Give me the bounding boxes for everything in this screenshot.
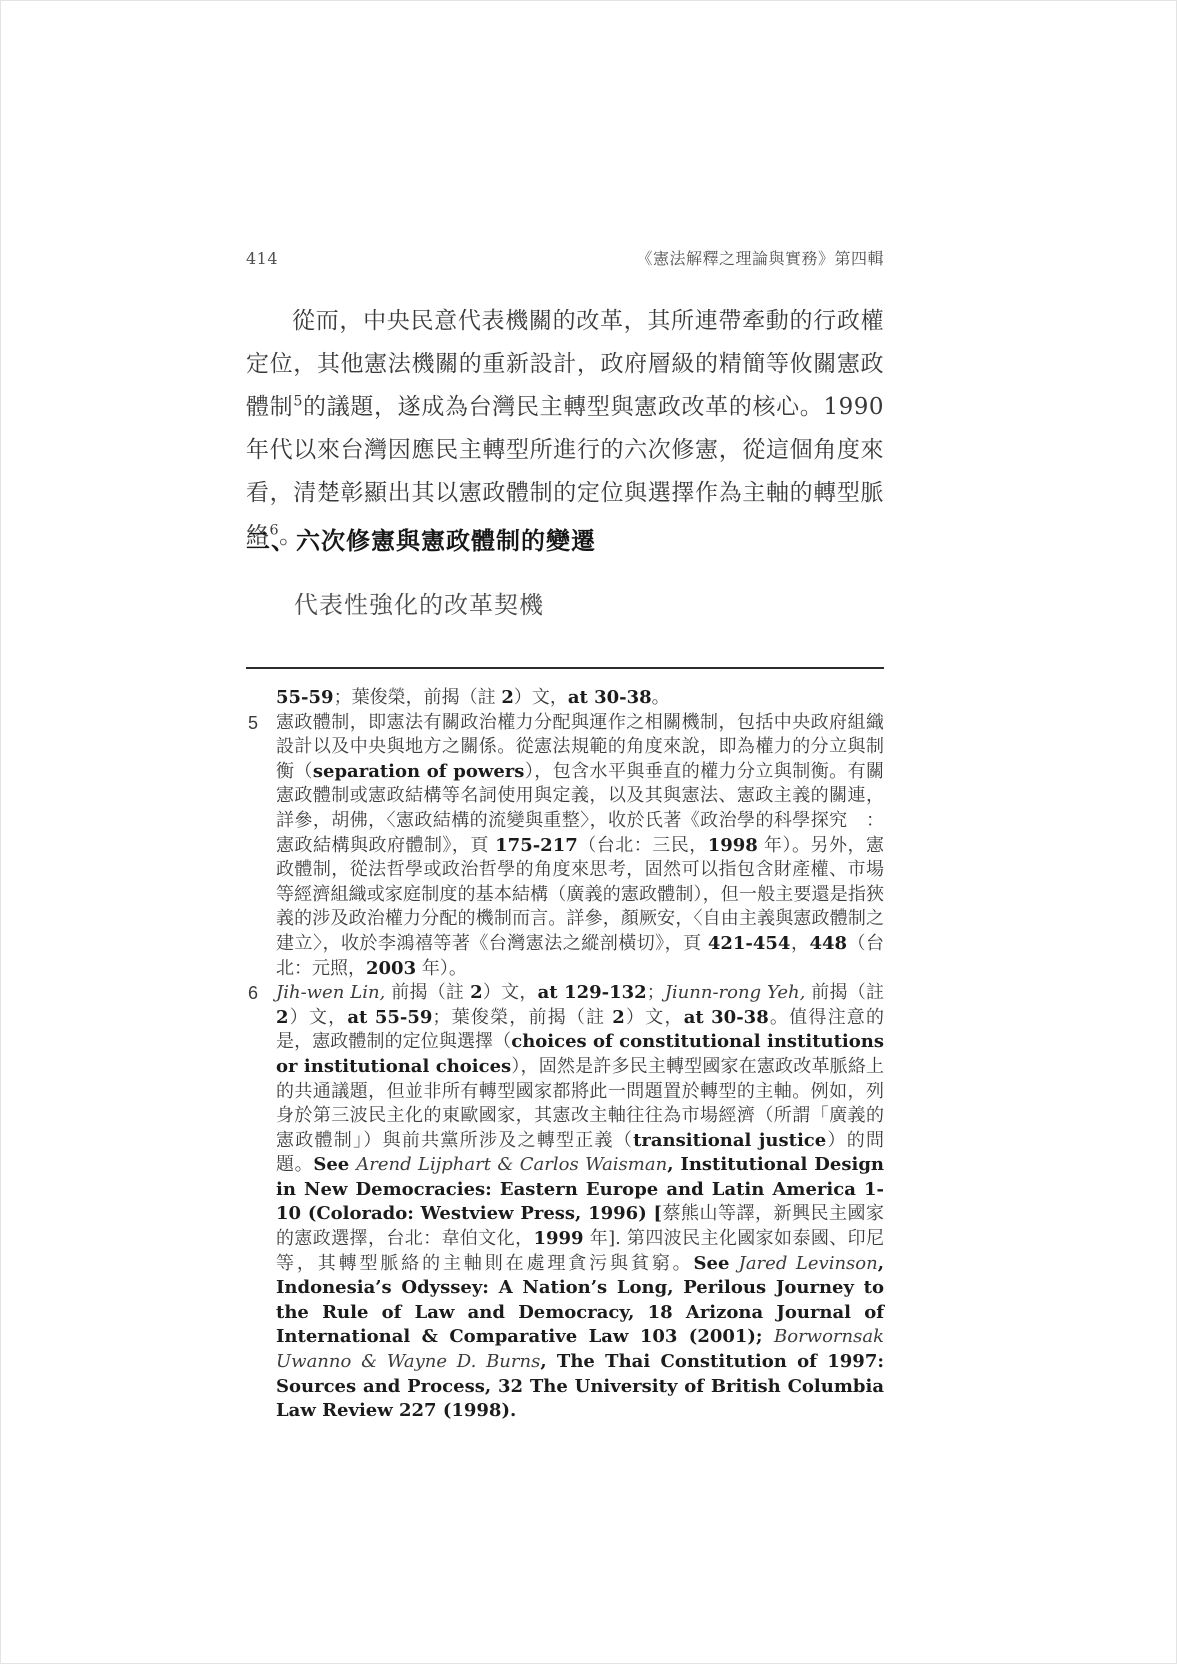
section-heading: 二、六次修憲與憲政體制的變遷 <box>246 521 884 556</box>
footnote-6-marker: 6 <box>248 981 258 1006</box>
footnote-separator <box>246 667 884 669</box>
page-number: 414 <box>246 249 278 268</box>
footnotes-block: 55-59；葉俊榮，前揭（註 2）文，at 30-38。 5 憲政體制，即憲法有… <box>246 686 884 1424</box>
footnote-continuation: 55-59；葉俊榮，前揭（註 2）文，at 30-38。 <box>246 686 884 711</box>
footnote-6-text: Jih-wen Lin, 前揭（註 2）文，at 129-132；Jiunn-r… <box>276 982 884 1421</box>
running-header: 414 《憲法解釋之理論與實務》第四輯 <box>246 246 884 269</box>
subsection-heading: 代表性強化的改革契機 <box>294 585 544 620</box>
footnote-5-text: 憲政體制，即憲法有關政治權力分配與運作之相關機制，包括中央政府組織設計以及中央與… <box>276 712 884 979</box>
header-title: 《憲法解釋之理論與實務》第四輯 <box>636 246 884 269</box>
footnote-5-marker: 5 <box>248 711 258 736</box>
footnote-6: 6 Jih-wen Lin, 前揭（註 2）文，at 129-132；Jiunn… <box>246 981 884 1424</box>
body-paragraph: 從而，中央民意代表機關的改革，其所連帶牽動的行政權定位，其他憲法機關的重新設計，… <box>246 300 884 558</box>
book-page: 414 《憲法解釋之理論與實務》第四輯 從而，中央民意代表機關的改革，其所連帶牽… <box>0 0 1177 1664</box>
footnote-5: 5 憲政體制，即憲法有關政治權力分配與運作之相關機制，包括中央政府組織設計以及中… <box>246 711 884 982</box>
